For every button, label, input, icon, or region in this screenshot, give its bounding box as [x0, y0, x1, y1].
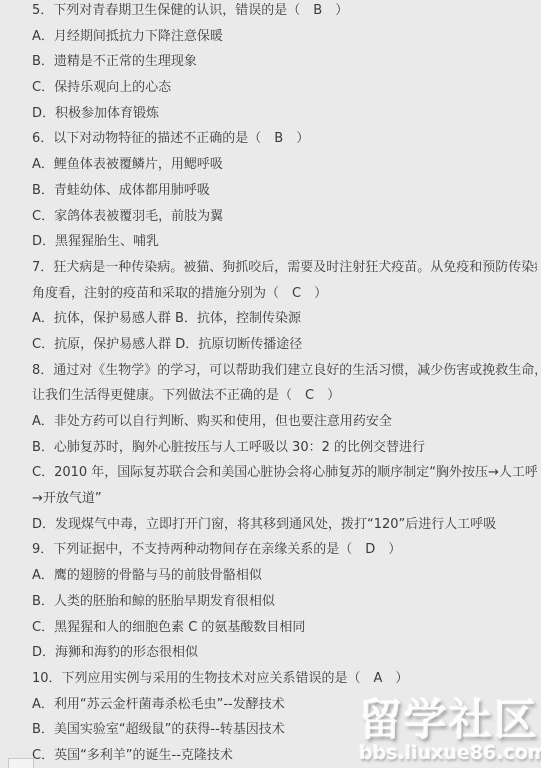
question-stem-line: 5．下列对青春期卫生保健的认识，错误的是（ B ）: [32, 0, 537, 24]
question-stem-line: 7．狂犬病是一种传染病。被猫、狗抓咬后，需要及时注射狂犬疫苗。从免疫和预防传染病: [32, 255, 537, 281]
option-line: A．非处方药可以自行判断、购买和使用，但也要注意用药安全: [32, 409, 537, 435]
question-stem-line: 10．下列应用实例与采用的生物技术对应关系错误的是（ A ）: [32, 666, 537, 692]
option-line: D．积极参加体育锻炼: [32, 101, 537, 127]
question-stem-line: 9．下列证据中，不支持两种动物间存在亲缘关系的是（ D ）: [32, 537, 537, 563]
option-line: B．青蛙幼体、成体都用肺呼吸: [32, 178, 537, 204]
option-line: D．黑猩猩胎生、哺乳: [32, 229, 537, 255]
exam-paper-page: 5．下列对青春期卫生保健的认识，错误的是（ B ） A．月经期间抵抗力下降注意保…: [0, 0, 541, 768]
option-line: A．抗体，保护易感人群 B．抗体，控制传染源: [32, 306, 537, 332]
bottom-left-partial-element: [8, 758, 34, 768]
option-line: C．家鸽体表被覆羽毛，前肢为翼: [32, 204, 537, 230]
option-line: C．英国“多利羊”的诞生--克隆技术: [32, 743, 537, 768]
option-line: B．美国实验室“超级鼠”的获得--转基因技术: [32, 717, 537, 743]
option-line: A．鲤鱼体表被覆鳞片，用鳃呼吸: [32, 152, 537, 178]
question-stem-line: 让我们生活得更健康。下列做法不正确的是（ C ）: [32, 383, 537, 409]
option-line: B．心肺复苏时，胸外心脏按压与人工呼吸以 30：2 的比例交替进行: [32, 435, 537, 461]
option-line: C．保持乐观向上的心态: [32, 75, 537, 101]
option-line: D．发现煤气中毒，立即打开门窗，将其移到通风处，拨打“120”后进行人工呼吸: [32, 512, 537, 538]
option-line: C．抗原，保护易感人群 D．抗原切断传播途径: [32, 332, 537, 358]
option-line: A．鹰的翅膀的骨骼与马的前肢骨骼相似: [32, 563, 537, 589]
option-line: A．月经期间抵抗力下降注意保暖: [32, 24, 537, 50]
option-line: →开放气道”: [32, 486, 537, 512]
option-line: C．黑猩猩和人的细胞色素 C 的氨基酸数目相同: [32, 615, 537, 641]
option-line: B．遗精是不正常的生理现象: [32, 49, 537, 75]
option-line: B．人类的胚胎和鲸的胚胎早期发育很相似: [32, 589, 537, 615]
question-stem-line: 6．以下对动物特征的描述不正确的是（ B ）: [32, 126, 537, 152]
option-line: C．2010 年，国际复苏联合会和美国心脏协会将心肺复苏的顺序制定“胸外按压→人…: [32, 460, 537, 486]
option-line: D．海狮和海豹的形态很相似: [32, 640, 537, 666]
option-line: A．利用“苏云金杆菌毒杀松毛虫”--发酵技术: [32, 692, 537, 718]
question-stem-line: 8．通过对《生物学》的学习，可以帮助我们建立良好的生活习惯，减少伤害或挽救生命，: [32, 358, 537, 384]
exam-content: 5．下列对青春期卫生保健的认识，错误的是（ B ） A．月经期间抵抗力下降注意保…: [0, 0, 541, 768]
question-stem-line: 角度看，注射的疫苗和采取的措施分别为（ C ）: [32, 281, 537, 307]
